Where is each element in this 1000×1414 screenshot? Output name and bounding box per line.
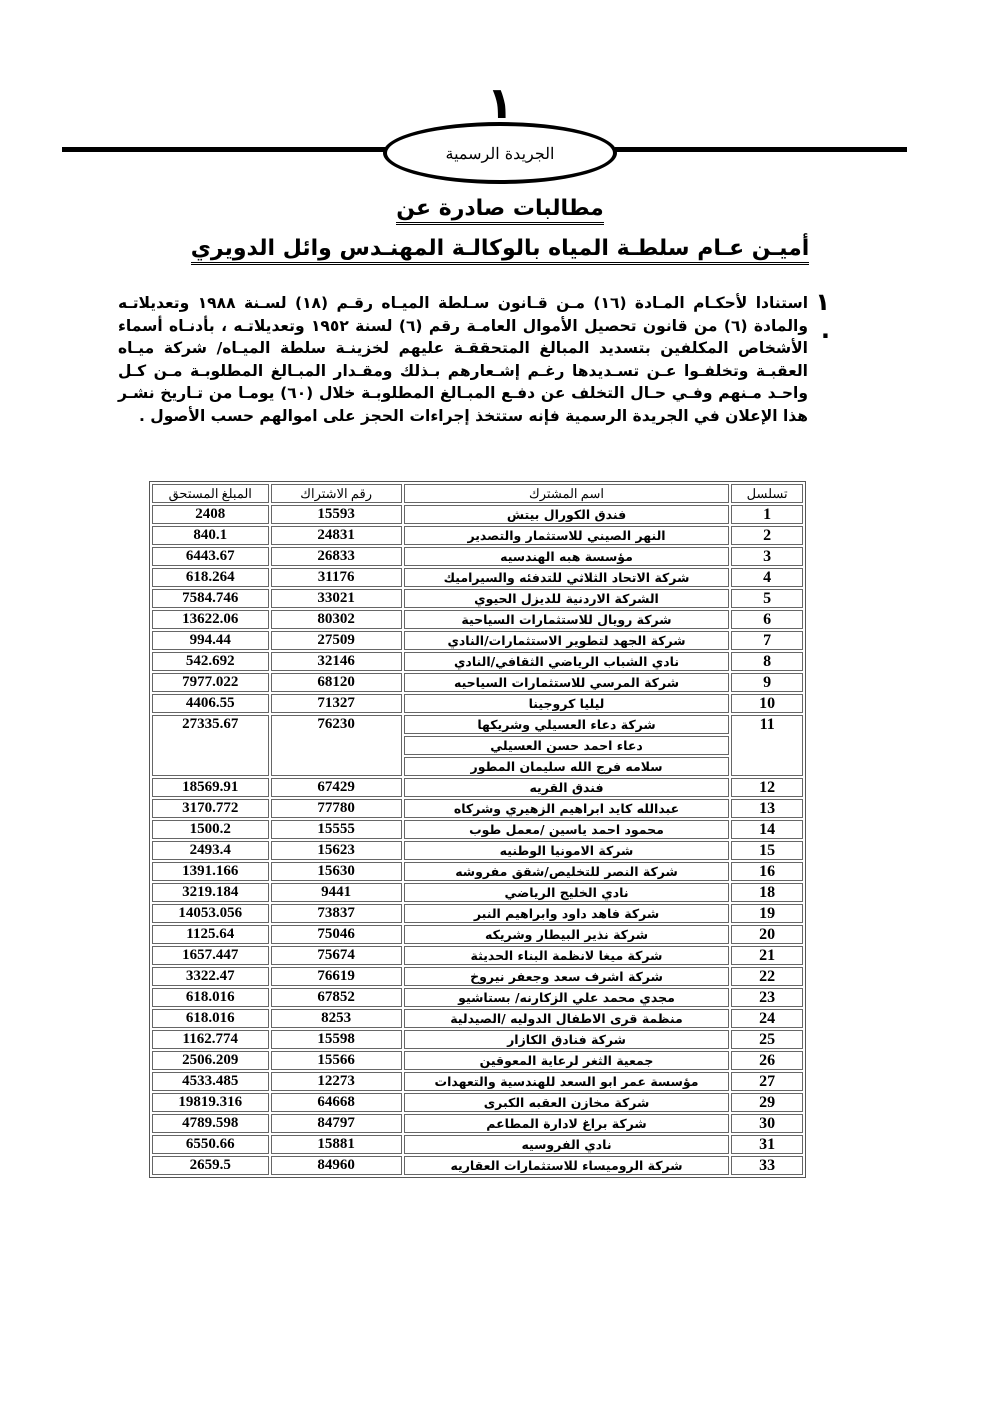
cell-amount: 618.016 [152,1009,269,1028]
cell-account: 26833 [271,547,402,566]
cell-seq: 22 [731,967,803,986]
cell-account: 77780 [271,799,402,818]
cell-amount: 13622.06 [152,610,269,629]
cell-amount: 1657.447 [152,946,269,965]
cell-seq: 2 [731,526,803,545]
cell-account: 64668 [271,1093,402,1112]
cell-amount: 4533.485 [152,1072,269,1091]
header-amount: المبلغ المستحق [152,484,269,503]
cell-seq: 14 [731,820,803,839]
cell-name: نادي الشباب الرياضي الثقافي/النادي [404,652,730,671]
cell-name: دعاء احمد حسن العسيلي [404,736,730,755]
cell-name: شركة الامونيا الوطنيه [404,841,730,860]
cell-account: 71327 [271,694,402,713]
cell-name: سلامه فرج الله سليمان المطور [404,757,730,776]
table-row: 12فندق القريه6742918569.91 [152,778,803,797]
cell-amount: 19819.316 [152,1093,269,1112]
cell-account: 9441 [271,883,402,902]
cell-name: شركة المرسي للاستثمارات السياحيه [404,673,730,692]
cell-account: 27509 [271,631,402,650]
table-row: 6شركة رويال للاستثمارات السياحية80302136… [152,610,803,629]
table-row: 2النهر الصيني للاستثمار والتصدير24831840… [152,526,803,545]
cell-amount: 3219.184 [152,883,269,902]
table-row: 22شركة اشرف سعد وجعفر نيروخ766193322.47 [152,967,803,986]
table-row: 8نادي الشباب الرياضي الثقافي/النادي32146… [152,652,803,671]
cell-seq: 13 [731,799,803,818]
cell-seq: 24 [731,1009,803,1028]
cell-seq: 7 [731,631,803,650]
cell-amount: 840.1 [152,526,269,545]
table-row: 31نادي الفروسيه158816550.66 [152,1135,803,1154]
cell-name: ليليا كروجينا [404,694,730,713]
cell-account: 80302 [271,610,402,629]
cell-account: 84960 [271,1156,402,1175]
table-row: 14محمود احمد ياسين /معمل طوب155551500.2 [152,820,803,839]
cell-seq: 1 [731,505,803,524]
table-row: 7شركة الجهد لتطوير الاستثمارات/النادي275… [152,631,803,650]
table-row: 30شركة براغ لادارة المطاعم847974789.598 [152,1114,803,1133]
table-row: 27مؤسسة عمر ابو السعد للهندسية والتعهدات… [152,1072,803,1091]
cell-seq: 4 [731,568,803,587]
cell-name: جمعية الثغر لرعاية المعوقين [404,1051,730,1070]
cell-name: نادي الفروسيه [404,1135,730,1154]
table-row: 3مؤسسة هبه الهندسيه268336443.67 [152,547,803,566]
cell-amount: 4789.598 [152,1114,269,1133]
cell-seq: 27 [731,1072,803,1091]
cell-account: 75674 [271,946,402,965]
table-row: 26جمعية الثغر لرعاية المعوقين155662506.2… [152,1051,803,1070]
cell-account: 15598 [271,1030,402,1049]
cell-account: 67852 [271,988,402,1007]
table-row: 13عبدالله كايد ابراهيم الزهيري وشركاه777… [152,799,803,818]
cell-name: شركة اشرف سعد وجعفر نيروخ [404,967,730,986]
cell-name: مؤسسة هبه الهندسيه [404,547,730,566]
table-row: 9شركة المرسي للاستثمارات السياحيه6812079… [152,673,803,692]
cell-name: شركة الروميساء للاستثمارات العقاريه [404,1156,730,1175]
cell-account: 76619 [271,967,402,986]
cell-name: النهر الصيني للاستثمار والتصدير [404,526,730,545]
cell-amount: 1162.774 [152,1030,269,1049]
header-name: اسم المشترك [404,484,730,503]
cell-name: شركة نذير البيطار وشريكه [404,925,730,944]
cell-amount: 1500.2 [152,820,269,839]
table-row: 24منظمة قرى الاطفال الدوليه /الصيدلية825… [152,1009,803,1028]
document-subtitle: أميـن عـام سلطـة المياه بالوكالـة المهنـ… [0,236,1000,261]
cell-seq: 18 [731,883,803,902]
cell-account: 15881 [271,1135,402,1154]
claims-table: تسلسل اسم المشترك رقم الاشتراك المبلغ ال… [149,481,806,1178]
cell-account: 24831 [271,526,402,545]
cell-seq: 25 [731,1030,803,1049]
cell-amount: 618.264 [152,568,269,587]
cell-name: شركة دعاء العسيلي وشريكها [404,715,730,734]
table-row: 16شركة النصر للتخليص/شقق مفروشه156301391… [152,862,803,881]
table-row: 5الشركة الاردنية للديزل الحيوي330217584.… [152,589,803,608]
cell-seq: 23 [731,988,803,1007]
cell-seq: 30 [731,1114,803,1133]
cell-name: فندق الكورال بيتش [404,505,730,524]
table-row: 11 شركة دعاء العسيلي وشريكها 76230 27335… [152,715,803,734]
cell-amount: 1125.64 [152,925,269,944]
cell-name: مجدي محمد علي الزكارنه/ بستاشيو [404,988,730,1007]
cell-amount: 2506.209 [152,1051,269,1070]
cell-name: شركة الجهد لتطوير الاستثمارات/النادي [404,631,730,650]
cell-account: 31176 [271,568,402,587]
cell-amount: 7584.746 [152,589,269,608]
table-header-row: تسلسل اسم المشترك رقم الاشتراك المبلغ ال… [152,484,803,503]
cell-account: 15566 [271,1051,402,1070]
cell-amount: 6443.67 [152,547,269,566]
cell-seq: 33 [731,1156,803,1175]
cell-name: شركة فاهد داود وابراهيم النبر [404,904,730,923]
cell-amount: 2659.5 [152,1156,269,1175]
cell-amount: 1391.166 [152,862,269,881]
cell-account: 15593 [271,505,402,524]
table-row: 10ليليا كروجينا713274406.55 [152,694,803,713]
publication-name: الجريدة الرسمية [445,144,554,163]
cell-name: محمود احمد ياسين /معمل طوب [404,820,730,839]
cell-amount: 994.44 [152,631,269,650]
header-rule-right [615,147,907,152]
cell-amount: 542.692 [152,652,269,671]
cell-account: 15630 [271,862,402,881]
cell-seq: 3 [731,547,803,566]
cell-amount: 3322.47 [152,967,269,986]
cell-seq: 10 [731,694,803,713]
intro-paragraph: استنادا لأحكـام المـادة (١٦) مـن قـانون … [118,292,808,427]
cell-account: 84797 [271,1114,402,1133]
cell-seq: 8 [731,652,803,671]
cell-name: شركة مخازن العقبه الكبرى [404,1093,730,1112]
cell-seq: 26 [731,1051,803,1070]
table-row: 33شركة الروميساء للاستثمارات العقاريه849… [152,1156,803,1175]
cell-seq: 5 [731,589,803,608]
cell-name: نادي الخليج الرياضي [404,883,730,902]
cell-name: شركة النصر للتخليص/شقق مفروشه [404,862,730,881]
table-row: 18نادي الخليج الرياضي94413219.184 [152,883,803,902]
cell-seq: 12 [731,778,803,797]
cell-seq: 19 [731,904,803,923]
cell-name: شركة فنادق الكازار [404,1030,730,1049]
cell-account: 75046 [271,925,402,944]
cell-account: 67429 [271,778,402,797]
table-row: 4شركة الاتحاد الثلاثي للتدفئه والسيراميك… [152,568,803,587]
cell-seq: 31 [731,1135,803,1154]
cell-account: 73837 [271,904,402,923]
cell-name: شركة الاتحاد الثلاثي للتدفئه والسيراميك [404,568,730,587]
cell-amount: 6550.66 [152,1135,269,1154]
cell-account: 15623 [271,841,402,860]
cell-name: منظمة قرى الاطفال الدوليه /الصيدلية [404,1009,730,1028]
cell-name: شركة براغ لادارة المطاعم [404,1114,730,1133]
table-row: 20شركة نذير البيطار وشريكه750461125.64 [152,925,803,944]
cell-amount: 4406.55 [152,694,269,713]
cell-name: الشركة الاردنية للديزل الحيوي [404,589,730,608]
cell-account: 33021 [271,589,402,608]
table-row: 19شركة فاهد داود وابراهيم النبر738371405… [152,904,803,923]
cell-seq: 15 [731,841,803,860]
cell-seq: 21 [731,946,803,965]
table-row: 15شركة الامونيا الوطنيه156232493.4 [152,841,803,860]
cell-account: 12273 [271,1072,402,1091]
page-number: ١ [0,82,1000,126]
document-title: مطالبات صادرة عن [0,196,1000,221]
cell-name: مؤسسة عمر ابو السعد للهندسية والتعهدات [404,1072,730,1091]
cell-account: 8253 [271,1009,402,1028]
cell-amount: 14053.056 [152,904,269,923]
cell-amount: 27335.67 [152,715,269,776]
cell-account: 68120 [271,673,402,692]
header-account: رقم الاشتراك [271,484,402,503]
cell-amount: 7977.022 [152,673,269,692]
table-row: 25شركة فنادق الكازار155981162.774 [152,1030,803,1049]
cell-amount: 2408 [152,505,269,524]
header-rule-left [62,147,392,152]
table-row: 23مجدي محمد علي الزكارنه/ بستاشيو6785261… [152,988,803,1007]
cell-name: شركة ميغا لانظمة البناء الحديثة [404,946,730,965]
cell-name: شركة رويال للاستثمارات السياحية [404,610,730,629]
cell-seq: 16 [731,862,803,881]
cell-seq: 20 [731,925,803,944]
header-seq: تسلسل [731,484,803,503]
cell-amount: 3170.772 [152,799,269,818]
cell-amount: 618.016 [152,988,269,1007]
cell-seq: 9 [731,673,803,692]
cell-seq: 29 [731,1093,803,1112]
cell-name: فندق القريه [404,778,730,797]
cell-seq: 6 [731,610,803,629]
cell-account: 32146 [271,652,402,671]
publication-badge: الجريدة الرسمية [383,122,617,184]
table-row: 1فندق الكورال بيتش155932408 [152,505,803,524]
cell-account: 15555 [271,820,402,839]
cell-seq: 11 [731,715,803,776]
cell-account: 76230 [271,715,402,776]
cell-name: عبدالله كايد ابراهيم الزهيري وشركاه [404,799,730,818]
table-row: 29شركة مخازن العقبه الكبرى6466819819.316 [152,1093,803,1112]
cell-amount: 2493.4 [152,841,269,860]
cell-amount: 18569.91 [152,778,269,797]
table-row: 21شركة ميغا لانظمة البناء الحديثة7567416… [152,946,803,965]
